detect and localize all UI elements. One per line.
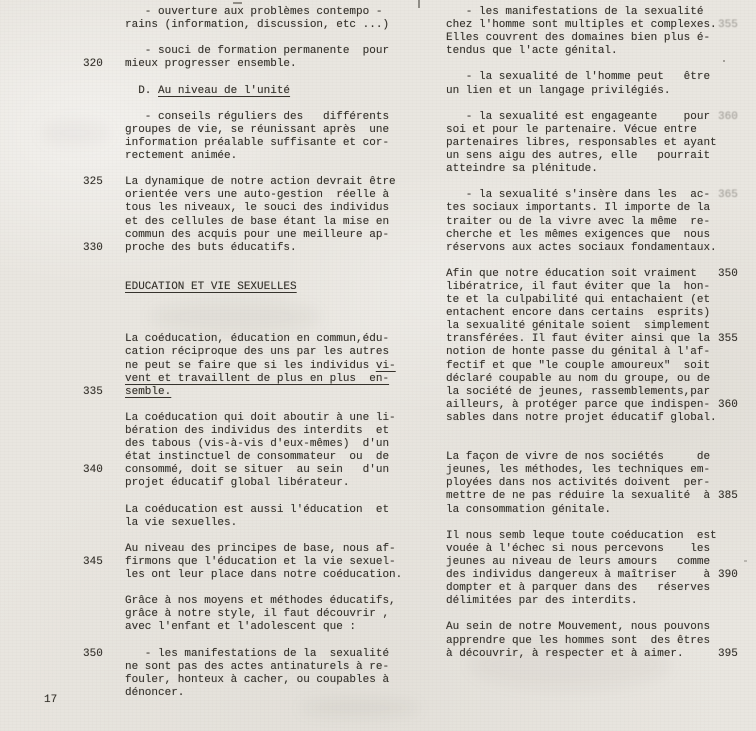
text-line: bération des individus des interdits et bbox=[125, 425, 425, 438]
text-line: - conseils réguliers des différents bbox=[125, 111, 425, 124]
text-line: apprendre que les hommes sont des êtres bbox=[446, 635, 746, 648]
text-line: état instinctuel de consommateur ou de bbox=[125, 451, 425, 464]
text-segment: ployées dans nos activités doivent per- bbox=[446, 477, 710, 489]
text-segment: la société de jeunes, rassemblements,par bbox=[446, 386, 710, 398]
text-segment: EDUCATION ET VIE SEXUELLES bbox=[125, 281, 297, 293]
text-segment: fectif et que "le couple amoureux" soit bbox=[446, 360, 710, 372]
line-number: 345 bbox=[83, 556, 103, 569]
blank-line bbox=[125, 582, 425, 595]
text-segment: déclaré coupable au nom du groupe, ou de bbox=[446, 373, 710, 385]
text-segment: vouée à l'échec si nous percevons les bbox=[446, 543, 710, 555]
text-line: groupes de vie, se réunissant après une bbox=[125, 124, 425, 137]
blank-line bbox=[125, 268, 425, 281]
line-number: 350 bbox=[83, 648, 103, 661]
text-segment: bération des individus des interdits et bbox=[125, 425, 389, 437]
text-line: délimitées par des interdits. bbox=[446, 595, 746, 608]
blank-line bbox=[125, 399, 425, 412]
text-line: 320mieux progresser ensemble. bbox=[125, 58, 425, 71]
text-segment: - les manifestations de la sexualité bbox=[125, 648, 389, 660]
text-line: 355chez l'homme sont multiples et comple… bbox=[446, 19, 746, 32]
text-line: un lien et un langage privilégiés. bbox=[446, 85, 746, 98]
line-number: 395 bbox=[718, 648, 738, 661]
text-line: 390des individus dangereux à maîtriser à bbox=[446, 569, 746, 582]
blank-line bbox=[125, 307, 425, 320]
text-line: vouée à l'échec si nous percevons les bbox=[446, 543, 746, 556]
text-segment: rains (information, discussion, etc ...) bbox=[125, 19, 389, 31]
text-line: 350 - les manifestations de la sexualité bbox=[125, 648, 425, 661]
text-segment: - la sexualité s'insère dans les ac- bbox=[446, 189, 710, 201]
text-line: des tabous (vis-à-vis d'eux-mêmes) d'un bbox=[125, 438, 425, 451]
text-segment: atteindre sa plénitude. bbox=[446, 163, 598, 175]
text-segment: proche des buts éducatifs. bbox=[125, 242, 297, 254]
line-number: 365 bbox=[718, 189, 738, 202]
text-line: Elles couvrent des domaines bien plus é- bbox=[446, 32, 746, 45]
text-line: cherche et les mêmes exigences que nous bbox=[446, 229, 746, 242]
page-number: 17 bbox=[44, 694, 57, 707]
text-line: - souci de formation permanente pour bbox=[125, 45, 425, 58]
paper-smudge bbox=[300, 700, 420, 716]
text-line: fectif et que "le couple amoureux" soit bbox=[446, 360, 746, 373]
text-segment: commun des acquis pour une meilleure ap- bbox=[125, 229, 389, 241]
text-line: 355transférées. Il faut éviter ainsi que… bbox=[446, 333, 746, 346]
text-line: libératrice, il faut éviter que la hon- bbox=[446, 281, 746, 294]
text-segment: la consommation génitale. bbox=[446, 504, 611, 516]
text-segment: apprendre que les hommes sont des êtres bbox=[446, 635, 710, 647]
scanned-page: - ouverture aux problèmes contempo -rain… bbox=[0, 0, 756, 731]
text-line: ne sont pas des actes antinaturels à re- bbox=[125, 661, 425, 674]
blank-line bbox=[446, 438, 746, 451]
blank-line bbox=[125, 530, 425, 543]
text-line: réservons aux actes sociaux fondamentaux… bbox=[446, 242, 746, 255]
text-segment: des individus dangereux à maîtriser à bbox=[446, 569, 710, 581]
text-segment: cherche et les mêmes exigences que nous bbox=[446, 229, 710, 241]
text-segment: - les manifestations de la sexualité bbox=[446, 6, 703, 18]
text-segment: Au niveau de l'unité bbox=[158, 85, 290, 97]
text-segment: La coéducation qui doit aboutir à une li… bbox=[125, 412, 396, 424]
text-line: La façon de vivre de nos sociétés de bbox=[446, 451, 746, 464]
text-line: La coéducation, éducation en commun,édu- bbox=[125, 333, 425, 346]
text-segment: consommé, doit se situer au sein d'un bbox=[125, 464, 389, 476]
text-segment: rectement animée. bbox=[125, 150, 237, 162]
text-line: dénoncer. bbox=[125, 687, 425, 700]
line-number: 330 bbox=[83, 242, 103, 255]
text-segment: projet éducatif global libérateur. bbox=[125, 477, 349, 489]
blank-line bbox=[446, 255, 746, 268]
text-line: ployées dans nos activités doivent per- bbox=[446, 477, 746, 490]
text-line: cation réciproque des uns par les autres bbox=[125, 346, 425, 359]
line-number: 350 bbox=[718, 268, 738, 281]
text-segment: information préalable suffisante et cor- bbox=[125, 137, 389, 149]
text-line: 385mettre de ne pas réduire la sexualité… bbox=[446, 490, 746, 503]
text-line: te et la culpabilité qui entachaient (et bbox=[446, 294, 746, 307]
text-segment: avec l'enfant et l'adolescent que : bbox=[125, 621, 356, 633]
text-line: la consommation génitale. bbox=[446, 504, 746, 517]
text-segment: des tabous (vis-à-vis d'eux-mêmes) d'un bbox=[125, 438, 389, 450]
text-segment: traiter ou de la vivre avec la même re- bbox=[446, 216, 710, 228]
text-line: 335semble. bbox=[125, 386, 425, 399]
text-segment: ne sont pas des actes antinaturels à re- bbox=[125, 661, 389, 673]
text-segment: jeunes au niveau de leurs amours comme bbox=[446, 556, 710, 568]
text-segment: D. bbox=[125, 85, 158, 97]
text-line: Au niveau des principes de base, nous af… bbox=[125, 543, 425, 556]
text-line: 365 - la sexualité s'insère dans les ac- bbox=[446, 189, 746, 202]
text-segment: sables dans notre projet éducatif global… bbox=[446, 412, 717, 424]
text-line: dompter et à parquer dans des réserves bbox=[446, 582, 746, 595]
blank-line bbox=[446, 58, 746, 71]
text-segment: un sens aigu des autres, elle pourrait bbox=[446, 150, 710, 162]
section-heading: D. Au niveau de l'unité bbox=[125, 85, 425, 98]
text-line: 330proche des buts éducatifs. bbox=[125, 242, 425, 255]
text-line: 360ailleurs, à protéger parce que indisp… bbox=[446, 399, 746, 412]
blank-line bbox=[125, 98, 425, 111]
text-segment: te et la culpabilité qui entachaient (et bbox=[446, 294, 710, 306]
text-line: sables dans notre projet éducatif global… bbox=[446, 412, 746, 425]
text-segment: Grâce à nos moyens et méthodes éducatifs… bbox=[125, 595, 396, 607]
text-segment: mieux progresser ensemble. bbox=[125, 58, 297, 70]
text-line: tendus que l'acte génital. bbox=[446, 45, 746, 58]
text-segment: libératrice, il faut éviter que la hon- bbox=[446, 281, 710, 293]
text-line: tous les niveaux, le souci des individus bbox=[125, 202, 425, 215]
text-segment: ailleurs, à protéger parce que indispen- bbox=[446, 399, 710, 411]
text-line: et des cellules de base étant la mise en bbox=[125, 216, 425, 229]
blank-line bbox=[125, 163, 425, 176]
text-segment: La façon de vivre de nos sociétés de bbox=[446, 451, 710, 463]
text-segment: La coéducation est aussi l'éducation et bbox=[125, 504, 389, 516]
text-segment: semble. bbox=[125, 386, 171, 398]
text-line: grâce à notre style, il faut découvrir , bbox=[125, 608, 425, 621]
text-segment: La coéducation, éducation en commun,édu- bbox=[125, 333, 389, 345]
text-line: projet éducatif global libérateur. bbox=[125, 477, 425, 490]
text-segment: la vie sexuelles. bbox=[125, 517, 237, 529]
text-segment: Au sein de notre Mouvement, nous pouvons bbox=[446, 621, 710, 633]
blank-line bbox=[446, 608, 746, 621]
text-segment: les ont leur place dans notre coéducatio… bbox=[125, 569, 402, 581]
blank-line bbox=[446, 517, 746, 530]
line-number: 335 bbox=[83, 386, 103, 399]
text-line: Au sein de notre Mouvement, nous pouvons bbox=[446, 621, 746, 634]
text-segment: La dynamique de notre action devrait êtr… bbox=[125, 176, 396, 188]
text-segment: mettre de ne pas réduire la sexualité à bbox=[446, 490, 710, 502]
text-segment: un lien et un langage privilégiés. bbox=[446, 85, 670, 97]
text-line: La coéducation qui doit aboutir à une li… bbox=[125, 412, 425, 425]
text-segment: notion de honte passe du génital à l'af- bbox=[446, 346, 710, 358]
text-segment: Il nous semb leque toute coéducation est bbox=[446, 530, 717, 542]
text-line: la société de jeunes, rassemblements,par bbox=[446, 386, 746, 399]
line-number: 320 bbox=[83, 58, 103, 71]
text-segment: - conseils réguliers des différents bbox=[125, 111, 389, 123]
left-column: - ouverture aux problèmes contempo -rain… bbox=[125, 6, 425, 700]
text-segment: dompter et à parquer dans des réserves bbox=[446, 582, 710, 594]
text-line: atteindre sa plénitude. bbox=[446, 163, 746, 176]
line-number: 325 bbox=[83, 176, 103, 189]
text-line: 340consommé, doit se situer au sein d'un bbox=[125, 464, 425, 477]
text-line: fouler, honteux à cacher, ou coupables à bbox=[125, 674, 425, 687]
line-number: 355 bbox=[718, 19, 738, 32]
text-segment: ne peut se faire que si les individus bbox=[125, 360, 376, 372]
blank-line bbox=[125, 490, 425, 503]
text-line: - la sexualité de l'homme peut être bbox=[446, 71, 746, 84]
text-line: déclaré coupable au nom du groupe, ou de bbox=[446, 373, 746, 386]
text-line: notion de honte passe du génital à l'af- bbox=[446, 346, 746, 359]
text-line: 345firmons que l'éducation et la vie sex… bbox=[125, 556, 425, 569]
text-segment: - ouverture aux problèmes contempo - bbox=[125, 6, 382, 18]
line-number: 390 bbox=[718, 569, 738, 582]
text-line: - ouverture aux problèmes contempo - bbox=[125, 6, 425, 19]
text-line: - les manifestations de la sexualité bbox=[446, 6, 746, 19]
blank-line bbox=[125, 32, 425, 45]
text-segment: fouler, honteux à cacher, ou coupables à bbox=[125, 674, 389, 686]
text-line: La coéducation est aussi l'éducation et bbox=[125, 504, 425, 517]
text-segment: état instinctuel de consommateur ou de bbox=[125, 451, 389, 463]
text-segment: firmons que l'éducation et la vie sexuel… bbox=[125, 556, 396, 568]
text-segment: réservons aux actes sociaux fondamentaux… bbox=[446, 242, 717, 254]
text-line: rectement animée. bbox=[125, 150, 425, 163]
text-line: 360 - la sexualité est engageante pour bbox=[446, 111, 746, 124]
blank-line bbox=[125, 320, 425, 333]
blank-line bbox=[446, 98, 746, 111]
text-segment: dénoncer. bbox=[125, 687, 184, 699]
line-number: 385 bbox=[718, 490, 738, 503]
scan-artifact bbox=[233, 2, 242, 4]
text-segment: vent et travaillent de plus en plus en- bbox=[125, 373, 389, 385]
text-line: traiter ou de la vivre avec la même re- bbox=[446, 216, 746, 229]
text-line: Il nous semb leque toute coéducation est bbox=[446, 530, 746, 543]
blank-line bbox=[125, 294, 425, 307]
text-segment: à découvrir, à respecter et à aimer. bbox=[446, 648, 684, 660]
text-segment: - la sexualité est engageante pour bbox=[446, 111, 710, 123]
text-line: partenaires libres, responsables et ayan… bbox=[446, 137, 746, 150]
blank-line bbox=[446, 425, 746, 438]
text-line: rains (information, discussion, etc ...) bbox=[125, 19, 425, 32]
line-number: 355 bbox=[718, 333, 738, 346]
blank-line bbox=[446, 176, 746, 189]
text-line: 325La dynamique de notre action devrait … bbox=[125, 176, 425, 189]
line-number: 360 bbox=[718, 111, 738, 124]
text-segment: - souci de formation permanente pour bbox=[125, 45, 389, 57]
text-segment: grâce à notre style, il faut découvrir , bbox=[125, 608, 389, 620]
text-line: jeunes au niveau de leurs amours comme bbox=[446, 556, 746, 569]
text-segment: Au niveau des principes de base, nous af… bbox=[125, 543, 396, 555]
blank-line bbox=[125, 255, 425, 268]
line-number: 360 bbox=[718, 399, 738, 412]
text-segment: cation réciproque des uns par les autres bbox=[125, 346, 389, 358]
line-number: 340 bbox=[83, 464, 103, 477]
text-segment: orientée vers une auto-gestion réelle à bbox=[125, 189, 389, 201]
text-segment: vi- bbox=[376, 360, 396, 372]
text-segment: entachent encore dans certains esprits) bbox=[446, 307, 710, 319]
text-segment: et des cellules de base étant la mise en bbox=[125, 216, 389, 228]
text-segment: - la sexualité de l'homme peut être bbox=[446, 71, 710, 83]
text-line: 350Afin que notre éducation soit vraimen… bbox=[446, 268, 746, 281]
text-line: les ont leur place dans notre coéducatio… bbox=[125, 569, 425, 582]
text-segment: groupes de vie, se réunissant après une bbox=[125, 124, 389, 136]
text-segment: transférées. Il faut éviter ainsi que la bbox=[446, 333, 710, 345]
text-segment: tendus que l'acte génital. bbox=[446, 45, 618, 57]
text-segment: tous les niveaux, le souci des individus bbox=[125, 202, 389, 214]
text-line: la vie sexuelles. bbox=[125, 517, 425, 530]
text-line: la sexualité génitale soient simplement bbox=[446, 320, 746, 333]
text-segment: Afin que notre éducation soit vraiment bbox=[446, 268, 697, 280]
text-line: vent et travaillent de plus en plus en- bbox=[125, 373, 425, 386]
text-segment: Elles couvrent des domaines bien plus é- bbox=[446, 32, 710, 44]
text-segment: jeunes, les méthodes, les techniques em- bbox=[446, 464, 710, 476]
text-line: entachent encore dans certains esprits) bbox=[446, 307, 746, 320]
text-segment: délimitées par des interdits. bbox=[446, 595, 637, 607]
section-heading: EDUCATION ET VIE SEXUELLES bbox=[125, 281, 425, 294]
text-line: avec l'enfant et l'adolescent que : bbox=[125, 621, 425, 634]
text-line: Grâce à nos moyens et méthodes éducatifs… bbox=[125, 595, 425, 608]
paper-smudge bbox=[40, 120, 110, 146]
text-line: soi et pour le partenaire. Vécue entre bbox=[446, 124, 746, 137]
text-line: commun des acquis pour une meilleure ap- bbox=[125, 229, 425, 242]
text-line: ne peut se faire que si les individus vi… bbox=[125, 360, 425, 373]
blank-line bbox=[125, 71, 425, 84]
text-line: jeunes, les méthodes, les techniques em- bbox=[446, 464, 746, 477]
text-segment: la sexualité génitale soient simplement bbox=[446, 320, 710, 332]
blank-line bbox=[125, 635, 425, 648]
text-line: un sens aigu des autres, elle pourrait bbox=[446, 150, 746, 163]
text-segment: chez l'homme sont multiples et complexes… bbox=[446, 19, 717, 31]
text-line: orientée vers une auto-gestion réelle à bbox=[125, 189, 425, 202]
text-line: information préalable suffisante et cor- bbox=[125, 137, 425, 150]
text-segment: tes sociaux importants. Il importe de la bbox=[446, 202, 710, 214]
text-segment: partenaires libres, responsables et ayan… bbox=[446, 137, 717, 149]
text-segment: soi et pour le partenaire. Vécue entre bbox=[446, 124, 697, 136]
right-column: - les manifestations de la sexualité355c… bbox=[446, 6, 746, 661]
text-line: 395à découvrir, à respecter et à aimer. bbox=[446, 648, 746, 661]
text-line: tes sociaux importants. Il importe de la bbox=[446, 202, 746, 215]
